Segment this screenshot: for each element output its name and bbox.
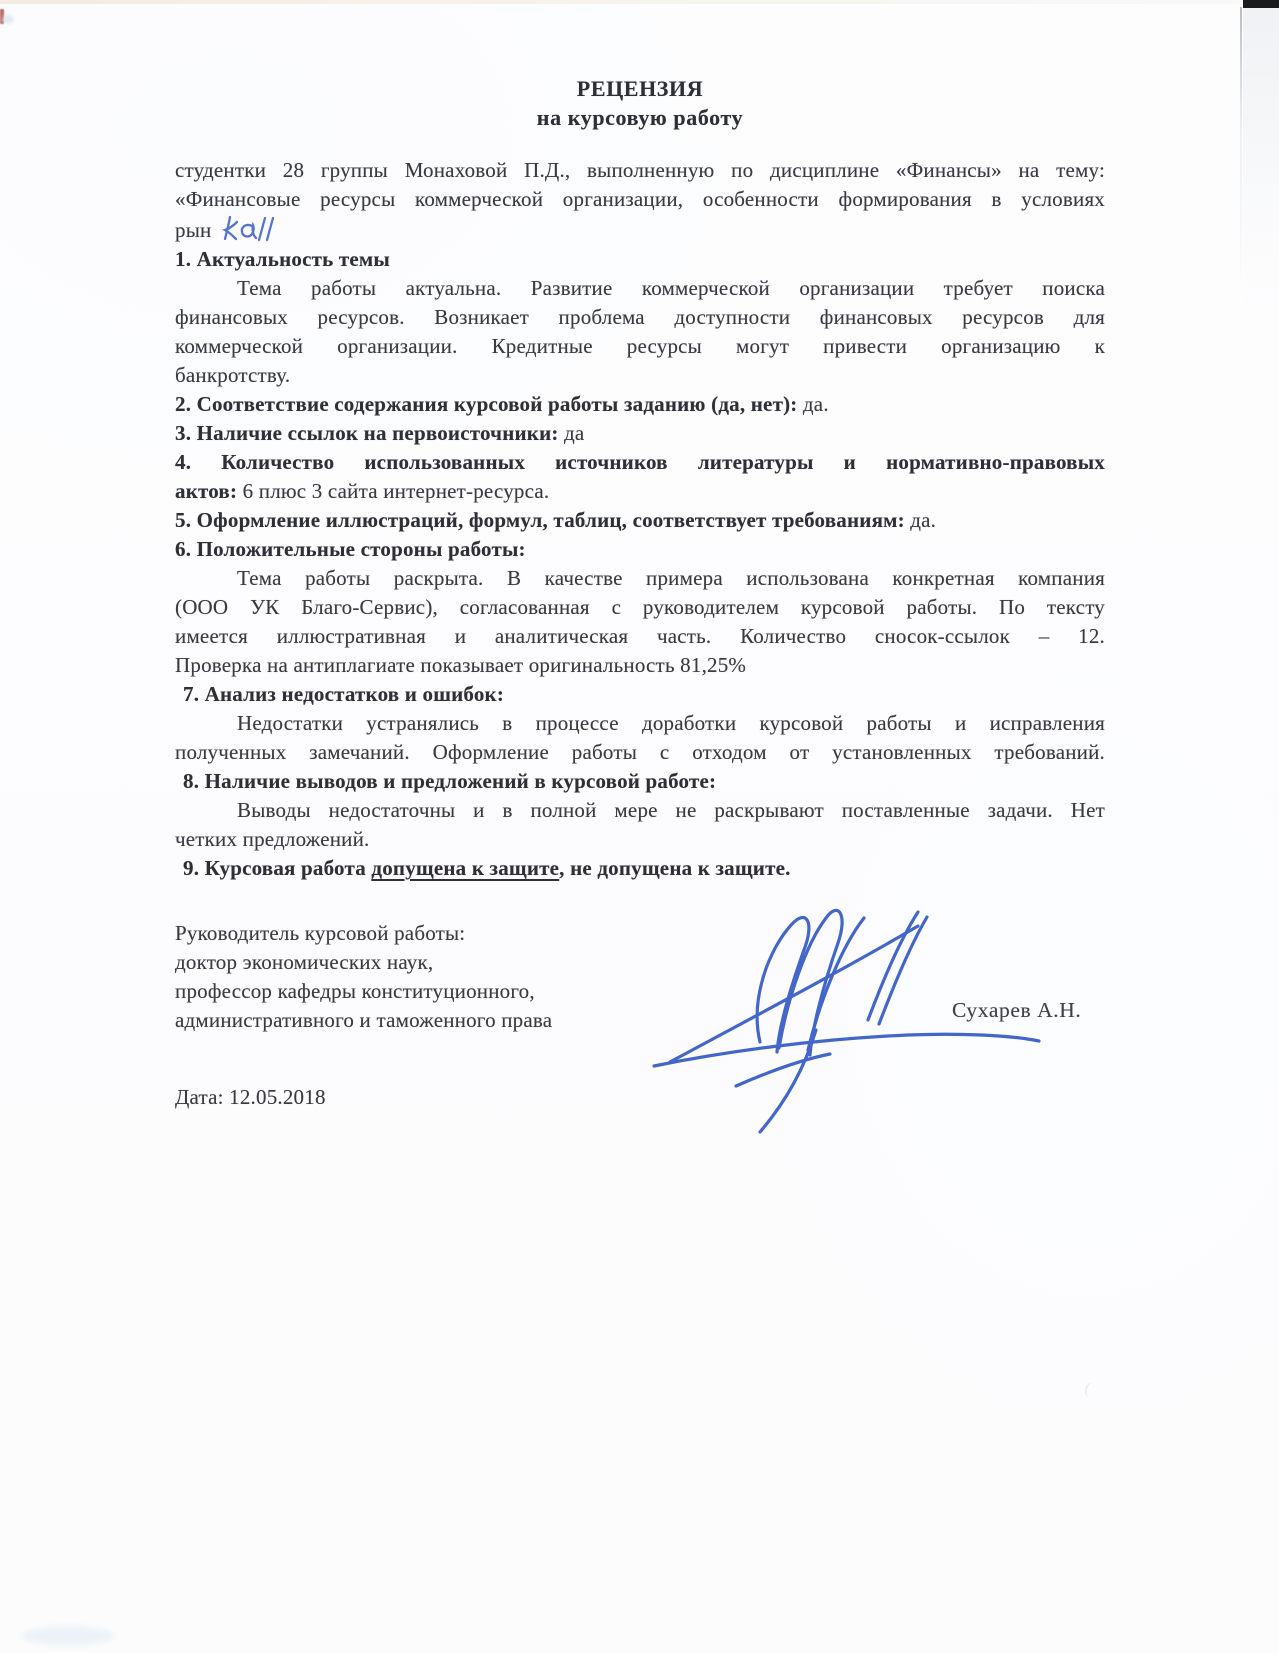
text-segment: актов: [175,479,243,503]
scan-gray-mark-artifact [1083,1381,1099,1399]
text-segment: 4. Количество использованных источников … [175,450,1105,474]
text-segment: 7. Анализ недостатков и ошибок: [183,682,504,706]
text-segment: 3. Наличие ссылок на первоисточники: [175,421,564,445]
section-2-heading: 2. Соответствие содержания курсовой рабо… [175,390,1105,419]
text-segment: да. [803,392,829,416]
intro-line-2: «Финансовые ресурсы коммерческой организ… [175,185,1105,214]
section-8-line-2: четких предложений. [175,825,1105,854]
section-5-heading: 5. Оформление иллюстраций, формул, табли… [175,506,1105,535]
text-segment: коммерческой организации. Кредитные ресу… [175,334,1105,358]
text-segment: Тема работы раскрыта. В качестве примера… [237,566,1105,590]
text-segment: 8. Наличие выводов и предложений в курсо… [183,769,716,793]
text-segment: РЕЦЕНЗИЯ [577,76,703,101]
section-1-line-3: коммерческой организации. Кредитные ресу… [175,332,1105,361]
reviewer-name: Сухарев А.Н. [952,998,1081,1023]
text-segment: административного и таможенного права [175,1008,552,1032]
section-6-heading: 6. Положительные стороны работы: [175,535,1105,564]
section-4-heading-line-1: 4. Количество использованных источников … [175,448,1105,477]
scan-blue-speck-artifact [2,15,14,24]
section-6-line-3: имеется иллюстративная и аналитическая ч… [175,622,1105,651]
text-segment: доктор экономических наук, [175,950,433,974]
section-9-heading: 9. Курсовая работа допущена к защите, не… [183,854,1105,883]
text-segment: допущена к защите [371,856,559,880]
text-segment: Выводы недостаточны и в полной мере не р… [237,798,1105,822]
text-segment: рын [175,218,211,242]
text-segment: финансовых ресурсов. Возникает проблема … [175,305,1105,329]
text-segment: Недостатки устранялись в процессе дорабо… [237,711,1105,735]
text-segment: Руководитель курсовой работы: [175,921,465,945]
text-segment: 9. Курсовая работа [183,856,371,880]
text-segment: профессор кафедры конституционного, [175,979,535,1003]
text-segment: Проверка на антиплагиате показывает ориг… [175,653,746,677]
doc-title: РЕЦЕНЗИЯ [175,74,1105,103]
doc-subtitle: на курсовую работу [175,103,1105,132]
text-segment: да. [910,508,936,532]
section-8-heading: 8. Наличие выводов и предложений в курсо… [183,767,1105,796]
section-6-line-1: Тема работы раскрыта. В качестве примера… [237,564,1105,593]
text-segment: 6 плюс 3 сайта интернет-ресурса. [243,479,550,503]
text-segment: «Финансовые ресурсы коммерческой организ… [175,187,1105,211]
section-7-heading: 7. Анализ недостатков и ошибок: [183,680,1105,709]
section-7-line-2: полученных замечаний. Оформление работы … [175,738,1105,767]
scanned-page: РЕЦЕНЗИЯна курсовую работустудентки 28 г… [0,0,1279,1653]
paper-edge-line [1240,7,1242,297]
intro-line-1: студентки 28 группы Монаховой П.Д., выпо… [175,156,1105,185]
paper-edge-shadow [1243,8,1279,308]
text-segment: , не допущена к защите. [559,856,790,880]
handwritten-ink [219,214,277,244]
text-segment: полученных замечаний. Оформление работы … [175,740,1105,764]
section-1-heading: 1. Актуальность темы [175,245,1105,274]
section-3-heading: 3. Наличие ссылок на первоисточники: да [175,419,1105,448]
text-segment: Тема работы актуальна. Развитие коммерче… [237,276,1105,300]
text-segment: студентки 28 группы Монаховой П.Д., выпо… [175,158,1105,182]
text-segment: 6. Положительные стороны работы: [175,537,526,561]
text-segment: Дата: 12.05.2018 [175,1085,326,1109]
text-segment: (ООО УК Благо-Сервис), согласованная с р… [175,595,1105,619]
section-6-line-4: Проверка на антиплагиате показывает ориг… [175,651,1105,680]
text-segment: 2. Соответствие содержания курсовой рабо… [175,392,803,416]
text-segment: банкротству. [175,363,290,387]
section-1-line-1: Тема работы актуальна. Развитие коммерче… [237,274,1105,303]
text-segment: да [564,421,584,445]
text-segment: на курсовую работу [537,105,743,130]
scan-top-edge-artifact [0,0,1279,4]
scan-bottom-smudge-artifact [22,1626,114,1646]
section-4-heading-line-2: актов: 6 плюс 3 сайта интернет-ресурса. [175,477,1105,506]
section-7-line-1: Недостатки устранялись в процессе дорабо… [237,709,1105,738]
section-6-line-2: (ООО УК Благо-Сервис), согласованная с р… [175,593,1105,622]
scan-black-bar-artifact [1243,0,1279,8]
section-1-line-2: финансовых ресурсов. Возникает проблема … [175,303,1105,332]
section-8-line-1: Выводы недостаточны и в полной мере не р… [237,796,1105,825]
text-segment: 5. Оформление иллюстраций, формул, табли… [175,508,910,532]
text-segment: четких предложений. [175,827,370,851]
text-segment: 1. Актуальность темы [175,247,390,271]
section-1-line-4: банкротству. [175,361,1105,390]
intro-line-3: рын [175,214,1105,245]
text-segment: имеется иллюстративная и аналитическая ч… [175,624,1105,648]
